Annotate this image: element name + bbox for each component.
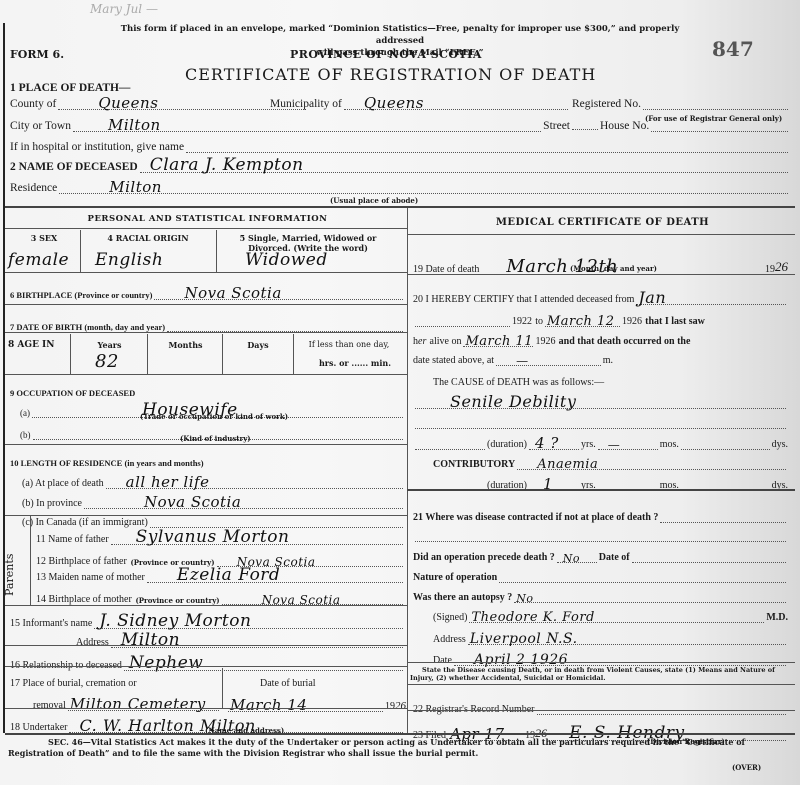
- signed-field: (Signed) Theodore K. Ford M.D.: [433, 612, 788, 623]
- residence-field: Residence Milton: [10, 182, 790, 194]
- racial-origin-value: English: [95, 250, 163, 270]
- burial-date-heading: Date of burial: [260, 678, 316, 689]
- operation-field: Did an operation precede death ? No Date…: [413, 552, 788, 563]
- burial-date-field: March 14 1926: [226, 700, 406, 712]
- date-of-death-caption: (Month, day and year): [570, 264, 657, 273]
- cause-duration-field: (duration) 4 ? yrs. — mos. dys.: [413, 439, 788, 450]
- burial-date-value: March 14: [230, 696, 307, 714]
- sex-label: 3 SEX: [10, 233, 78, 243]
- birthplace-value: Nova Scotia: [184, 284, 281, 302]
- father-name-field: 11 Name of father Sylvanus Morton: [36, 534, 405, 545]
- age-hrs-min: hrs. or ...... min.: [305, 358, 405, 368]
- time-of-death-value: —: [516, 354, 529, 368]
- personal-section-title: PERSONAL AND STATISTICAL INFORMATION: [10, 214, 405, 224]
- age-label: 8 AGE IN: [8, 340, 58, 350]
- where-contracted-line-2: [413, 532, 788, 542]
- cause-instruction-note: State the Disease causing Death, or in d…: [410, 666, 795, 682]
- divider: [5, 304, 407, 305]
- sex-value: female: [8, 250, 69, 270]
- mother-name-value: Ezelia Ford: [177, 565, 280, 585]
- where-contracted-field: 21 Where was disease contracted if not a…: [413, 512, 788, 523]
- divider: [407, 662, 795, 663]
- burial-place-heading: 17 Place of burial, cremation or: [10, 678, 137, 689]
- attended-from-year: 1922: [512, 316, 532, 327]
- father-name-value: Sylvanus Morton: [136, 527, 290, 547]
- occupation-a-caption: (Trade or occupation or kind of work): [140, 412, 288, 421]
- nature-of-operation-field: Nature of operation: [413, 572, 788, 583]
- place-of-death-heading: 1 PLACE OF DEATH—: [10, 82, 130, 94]
- divider: [30, 516, 31, 605]
- divider: [5, 272, 407, 273]
- form-number: FORM 6.: [10, 48, 64, 61]
- informant-address-field: Address Milton: [76, 637, 405, 648]
- municipality-value: Queens: [364, 94, 424, 112]
- informant-name-value: J. Sidney Morton: [99, 611, 251, 631]
- physician-address-field: Address Liverpool N.S.: [433, 634, 788, 645]
- divider: [5, 515, 407, 516]
- street-field: [570, 120, 600, 130]
- attended-to-value: March 12: [547, 314, 615, 329]
- residence-caption: (Usual place of abode): [330, 196, 418, 205]
- divider: [5, 206, 795, 208]
- city-value: Milton: [108, 116, 161, 134]
- divider: [407, 684, 795, 685]
- age-years-value: 82: [95, 351, 119, 372]
- residence-b-value: Nova Scotia: [144, 493, 241, 511]
- cause-line-2: [413, 419, 788, 429]
- divider: [5, 645, 407, 646]
- burial-place-value: Milton Cemetery: [70, 695, 206, 713]
- residence-b-field: (b) In province Nova Scotia: [22, 498, 405, 509]
- occupation-b-caption: (Kind of industry): [180, 434, 251, 443]
- alive-on-field: her alive on March 11 1926 and that deat…: [413, 336, 788, 347]
- cause-line-1: Senile Debility: [413, 399, 788, 409]
- attended-from-value: Jan: [638, 288, 666, 307]
- certify-field: 20 I HEREBY CERTIFY that I attended dece…: [413, 294, 788, 305]
- divider: [5, 332, 407, 333]
- age-less-label: If less than one day,: [295, 340, 403, 350]
- hospital-field: If in hospital or institution, give name: [10, 141, 790, 153]
- death-certificate: Mary Jul — This form if placed in an env…: [0, 0, 800, 785]
- informant-address-value: Milton: [121, 630, 180, 650]
- attended-period-field: 1922 to March 12 1926 that I last saw: [413, 316, 788, 327]
- municipality-field: Municipality of Queens: [270, 98, 570, 110]
- deceased-name-field: 2 NAME OF DECEASED Clara J. Kempton: [10, 161, 790, 173]
- divider: [5, 228, 407, 229]
- mother-birthplace-field: 14 Birthplace of mother (Province or cou…: [36, 591, 405, 605]
- city-field: City or Town Milton Street: [10, 120, 570, 132]
- left-border: [3, 23, 5, 733]
- racial-origin-label: 4 RACIAL ORIGIN: [82, 233, 214, 243]
- residence-a-value: all her life: [126, 473, 210, 491]
- alive-on-value: March 11: [465, 334, 533, 349]
- occupation-heading: 9 OCCUPATION OF DECEASED: [10, 388, 135, 398]
- residence-value: Milton: [109, 178, 162, 196]
- autopsy-value: No: [516, 592, 533, 605]
- contributory-value: Anaemia: [537, 457, 598, 472]
- cause-heading: The CAUSE of DEATH was as follows:—: [433, 377, 604, 388]
- divider: [407, 274, 795, 275]
- divider: [5, 374, 407, 375]
- physician-address-value: Liverpool N.S.: [470, 631, 578, 647]
- birthplace-field: 6 BIRTHPLACE (Province or country) Nova …: [10, 290, 405, 300]
- divider: [5, 444, 407, 445]
- dob-field: 7 DATE OF BIRTH (month, day and year): [10, 322, 405, 332]
- postal-notice-line1: This form if placed in an envelope, mark…: [110, 23, 690, 47]
- deceased-name-value: Clara J. Kempton: [150, 155, 304, 175]
- autopsy-field: Was there an autopsy ? No: [413, 592, 788, 603]
- age-days-label: Days: [223, 340, 293, 350]
- divider: [407, 710, 795, 711]
- divider: [5, 666, 407, 667]
- alive-on-year: 1926: [535, 336, 555, 347]
- date-of-death-year: 26: [775, 259, 788, 275]
- column-divider: [407, 208, 408, 733]
- marital-status-value: Widowed: [245, 250, 328, 270]
- province-heading: PROVINCE OF NOVA SCOTIA: [290, 48, 482, 61]
- residence-length-heading: 10 LENGTH OF RESIDENCE (in years and mon…: [10, 458, 204, 468]
- footer-legal-note: SEC. 46—Vital Statistics Act makes it th…: [8, 737, 788, 759]
- house-no-field: House No.: [600, 120, 790, 132]
- county-field: County of Queens: [10, 98, 308, 110]
- cause-value: Senile Debility: [450, 392, 576, 411]
- age-years-label: Years: [72, 340, 147, 350]
- divider: [216, 230, 217, 272]
- operation-value: No: [563, 552, 580, 565]
- physician-signature: Theodore K. Ford: [471, 610, 594, 625]
- divider: [80, 230, 81, 272]
- divider: [5, 708, 407, 709]
- parents-group-label: Parents: [3, 545, 27, 605]
- burial-year-value: 26: [395, 700, 406, 712]
- residence-a-field: (a) At place of death all her life: [22, 478, 405, 489]
- age-months-label: Months: [148, 340, 223, 350]
- burial-place-field: removal Milton Cemetery: [33, 700, 221, 711]
- mother-name-field: 13 Maiden name of mother Ezelia Ford: [36, 572, 405, 583]
- serial-number: 847: [712, 37, 754, 61]
- contributory-field: CONTRIBUTORY Anaemia: [433, 459, 788, 470]
- informant-name-field: 15 Informant's name J. Sidney Morton: [10, 618, 405, 629]
- relationship-value: Nephew: [129, 653, 203, 673]
- certificate-title: CERTIFICATE OF REGISTRATION OF DEATH: [185, 65, 596, 84]
- cause-duration-years: 4 ?: [535, 434, 559, 452]
- registered-no-field: Registered No.: [572, 98, 790, 110]
- divider: [222, 668, 223, 708]
- divider: [5, 605, 407, 606]
- divider: [70, 334, 71, 374]
- over-note: (OVER): [732, 763, 761, 772]
- divider: [293, 334, 294, 374]
- divider: [5, 733, 795, 735]
- medical-section-title: MEDICAL CERTIFICATE OF DEATH: [410, 217, 795, 228]
- pencil-annotation: Mary Jul —: [90, 2, 158, 16]
- county-value: Queens: [98, 94, 158, 112]
- divider: [407, 489, 795, 491]
- cause-duration-months: —: [608, 438, 621, 452]
- certificate-date-field: Date April 2 1926: [433, 655, 788, 666]
- attended-to-year: 1926: [622, 316, 642, 327]
- divider: [407, 234, 795, 235]
- time-of-death-field: date stated above, at — m.: [413, 355, 613, 366]
